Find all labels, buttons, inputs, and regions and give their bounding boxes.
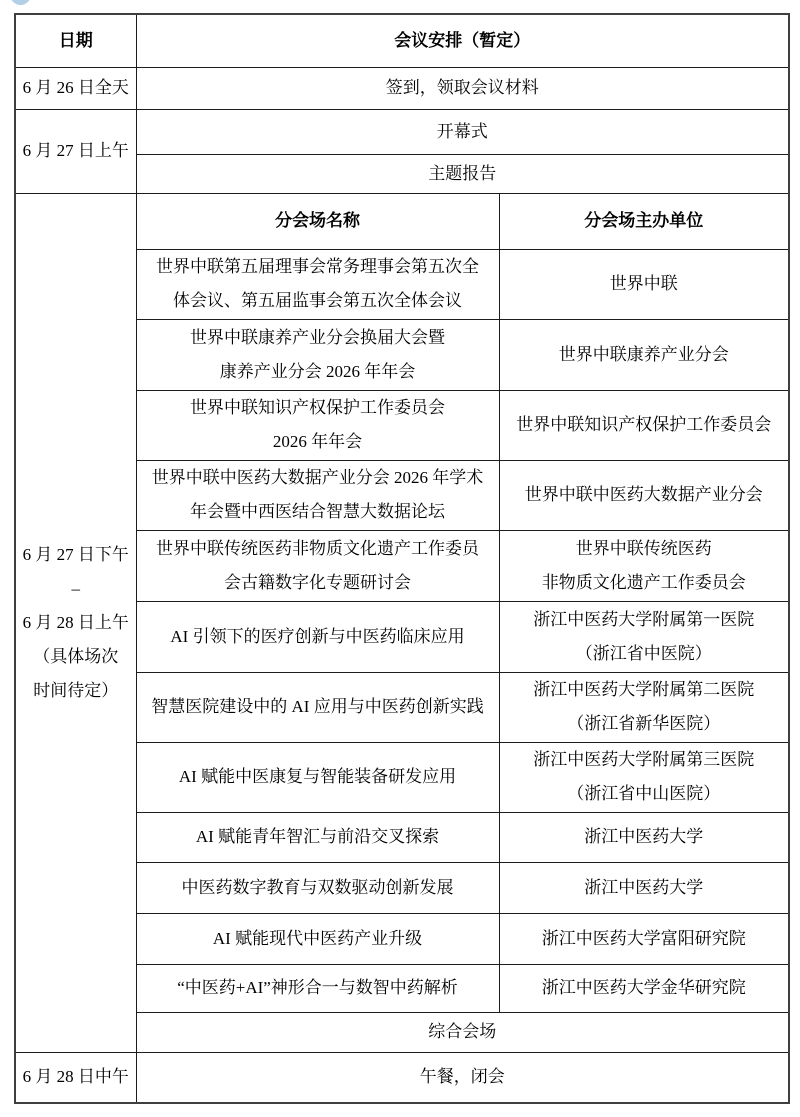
blue-dot-decor bbox=[10, 0, 31, 5]
date-column-header: 日期 bbox=[15, 14, 136, 67]
session-venue-cell: AI 赋能现代中医药产业升级 bbox=[136, 913, 499, 964]
activity-cell-keynote: 主题报告 bbox=[136, 154, 789, 193]
venue-column-header: 分会场名称 bbox=[136, 193, 499, 249]
session-venue-cell: 世界中联知识产权保护工作委员会 2026 年年会 bbox=[136, 390, 499, 460]
date-cell-jun28-noon: 6 月 28 日中午 bbox=[15, 1052, 136, 1103]
table-row: 6 月 28 日中午 午餐，闭会 bbox=[15, 1052, 789, 1103]
session-organizer-cell: 浙江中医药大学 bbox=[499, 812, 789, 862]
date-cell-jun27-morning: 6 月 27 日上午 bbox=[15, 109, 136, 193]
plan-column-header: 会议安排（暂定） bbox=[136, 14, 789, 67]
session-organizer-cell: 世界中联中医药大数据产业分会 bbox=[499, 460, 789, 530]
combined-session-cell: 综合会场 bbox=[136, 1012, 789, 1052]
session-venue-cell: 世界中联传统医药非物质文化遗产工作委员 会古籍数字化专题研讨会 bbox=[136, 530, 499, 601]
session-venue-cell: 世界中联第五届理事会常务理事会第五次全 体会议、第五届监事会第五次全体会议 bbox=[136, 249, 499, 319]
session-organizer-cell: 浙江中医药大学附属第三医院 （浙江省中山医院） bbox=[499, 742, 789, 812]
session-organizer-cell: 世界中联传统医药 非物质文化遗产工作委员会 bbox=[499, 530, 789, 601]
organizer-column-header: 分会场主办单位 bbox=[499, 193, 789, 249]
date-cell-jun27pm-jun28am: 6 月 27 日下午 – 6 月 28 日上午 （具体场次 时间待定） bbox=[15, 193, 136, 1052]
session-venue-cell: 世界中联中医药大数据产业分会 2026 年学术 年会暨中西医结合智慧大数据论坛 bbox=[136, 460, 499, 530]
session-venue-cell: “中医药+AI”神形合一与数智中药解析 bbox=[136, 964, 499, 1012]
session-organizer-cell: 世界中联 bbox=[499, 249, 789, 319]
session-organizer-cell: 浙江中医药大学附属第一医院 （浙江省中医院） bbox=[499, 601, 789, 672]
date-cell-jun26: 6 月 26 日全天 bbox=[15, 67, 136, 109]
session-venue-cell: AI 赋能中医康复与智能装备研发应用 bbox=[136, 742, 499, 812]
activity-cell-opening-ceremony: 开幕式 bbox=[136, 109, 789, 154]
session-organizer-cell: 世界中联康养产业分会 bbox=[499, 319, 789, 390]
table-row: 6 月 27 日上午 开幕式 bbox=[15, 109, 789, 154]
session-venue-cell: 中医药数字教育与双数驱动创新发展 bbox=[136, 862, 499, 913]
table-row: 日期 会议安排（暂定） bbox=[15, 14, 789, 67]
session-organizer-cell: 浙江中医药大学富阳研究院 bbox=[499, 913, 789, 964]
session-venue-cell: 世界中联康养产业分会换届大会暨 康养产业分会 2026 年年会 bbox=[136, 319, 499, 390]
activity-cell-registration: 签到，领取会议材料 bbox=[136, 67, 789, 109]
session-organizer-cell: 浙江中医药大学附属第二医院 （浙江省新华医院） bbox=[499, 672, 789, 742]
session-venue-cell: 智慧医院建设中的 AI 应用与中医药创新实践 bbox=[136, 672, 499, 742]
session-organizer-cell: 浙江中医药大学金华研究院 bbox=[499, 964, 789, 1012]
table-row: 6 月 27 日下午 – 6 月 28 日上午 （具体场次 时间待定） 分会场名… bbox=[15, 193, 789, 249]
session-organizer-cell: 世界中联知识产权保护工作委员会 bbox=[499, 390, 789, 460]
conference-schedule-table: 日期 会议安排（暂定） 6 月 26 日全天 签到，领取会议材料 6 月 27 … bbox=[14, 13, 790, 1104]
session-venue-cell: AI 引领下的医疗创新与中医药临床应用 bbox=[136, 601, 499, 672]
session-organizer-cell: 浙江中医药大学 bbox=[499, 862, 789, 913]
table-row: 6 月 26 日全天 签到，领取会议材料 bbox=[15, 67, 789, 109]
session-venue-cell: AI 赋能青年智汇与前沿交叉探索 bbox=[136, 812, 499, 862]
activity-cell-closing: 午餐，闭会 bbox=[136, 1052, 789, 1103]
